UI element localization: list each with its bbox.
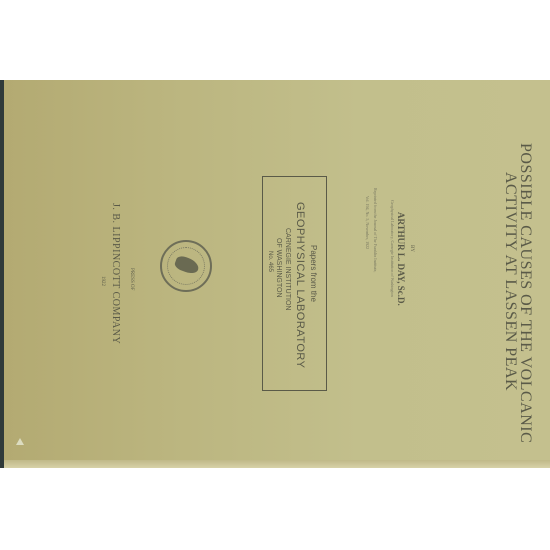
series-line-3: CARNEGIE INSTITUTION <box>284 228 291 310</box>
by-label: BY <box>409 245 414 252</box>
reprint-note-2: Vol. 194, No. 5, November, 1922 <box>365 196 370 249</box>
series-line-2: GEOPHYSICAL LABORATORY <box>294 202 306 368</box>
press-label: PRESS OF <box>129 268 134 290</box>
seal-figure <box>173 254 200 275</box>
series-line-4: OF WASHINGTON <box>275 238 282 298</box>
series-line-1: Papers from the <box>309 245 318 302</box>
author-name: ARTHUR L. DAY, Sc.D. <box>396 212 406 306</box>
reprint-note-1: Reprinted from the Journal of The Frankl… <box>373 188 378 272</box>
seal-icon <box>160 240 212 292</box>
publication-year: 1922 <box>100 276 105 286</box>
author-affiliation: Geophysical Laboratory, Carnegie Institu… <box>390 200 395 297</box>
corner-mark <box>16 438 24 445</box>
title-line-2: ACTIVITY AT LASSEN PEAK <box>501 172 519 391</box>
publisher-name: J. B. LIPPINCOTT COMPANY <box>110 203 121 344</box>
series-number: No. 465 <box>267 251 273 272</box>
